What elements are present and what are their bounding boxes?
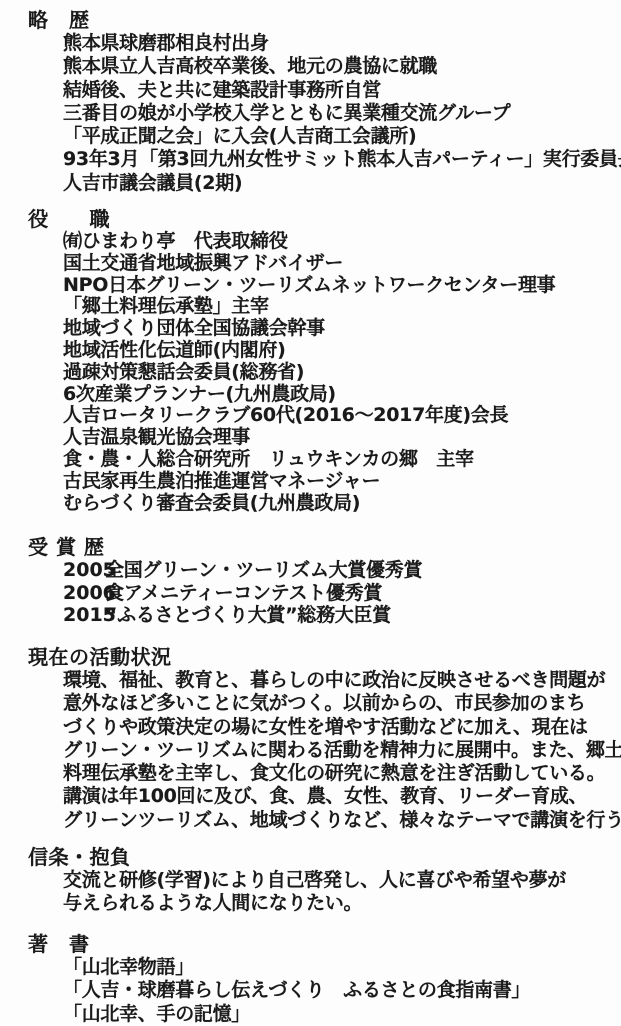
text-line: 意外なほど多いことに気がつく。以前からの、市民参加のまち — [63, 692, 621, 715]
section-current-activities: 現在の活動状況 環境、福祉、教育と、暮らしの中に政治に反映させるべき問題が 意外… — [0, 645, 621, 832]
text-line: グリーンツーリズム、地域づくりなど、様々なテーマで講演を行う。 — [63, 809, 621, 832]
books-body: 「山北幸物語」 「人吉・球磨暮らし伝えづくり ふるさとの食指南書」 「山北幸、手… — [63, 956, 621, 1026]
current-activities-body: 環境、福祉、教育と、暮らしの中に政治に反映させるべき問題が 意外なほど多いことに… — [63, 669, 621, 832]
award-year: 2006 — [63, 582, 105, 605]
text-line: 「山北幸、手の記憶」 — [63, 1003, 621, 1026]
award-title: 食アメニティーコンテスト優秀賞 — [105, 582, 382, 604]
text-line: 環境、福祉、教育と、暮らしの中に政治に反映させるべき問題が — [63, 669, 621, 692]
career-history-body: 熊本県球磨郡相良村出身 熊本県立人吉高校卒業後、地元の農協に就職 結婚後、夫と共… — [63, 32, 621, 195]
award-title: 全国グリーン・ツーリズム大賞優秀賞 — [105, 559, 422, 581]
text-line: 「郷土料理伝承塾」主宰 — [63, 296, 621, 318]
text-line: 交流と研修(学習)により自己啓発し、人に喜びや希望や夢が — [63, 869, 621, 892]
text-line: グリーン・ツーリズムに関わる活動を精神力に展開中。また、郷土 — [63, 739, 621, 762]
current-activities-heading: 現在の活動状況 — [28, 645, 621, 669]
text-line: 人吉温泉観光協会理事 — [63, 427, 621, 449]
award-title: “ふるさとづくり大賞”総務大臣賞 — [105, 604, 391, 626]
text-line: 講演は年100回に及び、食、農、女性、教育、リーダー育成、 — [63, 785, 621, 808]
text-line: 与えられるような人間になりたい。 — [63, 892, 621, 915]
award-year: 2005 — [63, 559, 105, 582]
text-line: 人吉ロータリークラブ60代(2016〜2017年度)会長 — [63, 405, 621, 427]
text-line: 「山北幸物語」 — [63, 956, 621, 979]
section-awards: 受 賞 歴 2005全国グリーン・ツーリズム大賞優秀賞 2006食アメニティーコ… — [0, 535, 621, 627]
positions-heading: 役 職 — [28, 207, 621, 231]
section-career-history: 略 歴 熊本県球磨郡相良村出身 熊本県立人吉高校卒業後、地元の農協に就職 結婚後… — [0, 8, 621, 195]
text-line: 「平成正聞之会」に入会(人吉商工会議所) — [63, 125, 621, 148]
text-line: むらづくり審査会委員(九州農政局) — [63, 493, 621, 515]
beliefs-heading: 信条・抱負 — [28, 845, 621, 869]
awards-heading: 受 賞 歴 — [28, 535, 621, 559]
text-line: 地域活性化伝道師(内閣府) — [63, 340, 621, 362]
beliefs-body: 交流と研修(学習)により自己啓発し、人に喜びや希望や夢が 与えられるような人間に… — [63, 869, 621, 916]
award-year: 2015 — [63, 604, 105, 627]
text-line: 過疎対策懇話会委員(総務省) — [63, 362, 621, 384]
section-books: 著 書 「山北幸物語」 「人吉・球磨暮らし伝えづくり ふるさとの食指南書」 「山… — [0, 932, 621, 1026]
text-line: 人吉市議会議員(2期) — [63, 172, 621, 195]
award-row: 2005全国グリーン・ツーリズム大賞優秀賞 — [63, 559, 621, 582]
text-line: 料理伝承塾を主宰し、食文化の研究に熱意を注ぎ活動している。 — [63, 762, 621, 785]
text-line: 結婚後、夫と共に建築設計事務所自営 — [63, 79, 621, 102]
award-row: 2006食アメニティーコンテスト優秀賞 — [63, 582, 621, 605]
books-heading: 著 書 — [28, 932, 621, 956]
text-line: 地域づくり団体全国協議会幹事 — [63, 318, 621, 340]
text-line: 国土交通省地域振興アドバイザー — [63, 253, 621, 275]
text-line: 93年3月「第3回九州女性サミット熊本人吉パーティー」実行委員長 — [63, 148, 621, 171]
text-line: 食・農・人総合研究所 リュウキンカの郷 主宰 — [63, 449, 621, 471]
document-page: 略 歴 熊本県球磨郡相良村出身 熊本県立人吉高校卒業後、地元の農協に就職 結婚後… — [0, 0, 621, 1026]
award-row: 2015“ふるさとづくり大賞”総務大臣賞 — [63, 604, 621, 627]
awards-body: 2005全国グリーン・ツーリズム大賞優秀賞 2006食アメニティーコンテスト優秀… — [63, 559, 621, 627]
text-line: 熊本県立人吉高校卒業後、地元の農協に就職 — [63, 55, 621, 78]
section-positions: 役 職 ㈲ひまわり亭 代表取締役 国土交通省地域振興アドバイザー NPO日本グリ… — [0, 207, 621, 514]
text-line: 「人吉・球磨暮らし伝えづくり ふるさとの食指南書」 — [63, 979, 621, 1002]
text-line: づくりや政策決定の場に女性を増やす活動などに加え、現在は — [63, 716, 621, 739]
text-line: 6次産業プランナー(九州農政局) — [63, 384, 621, 406]
text-line: 古民家再生農泊推進運営マネージャー — [63, 471, 621, 493]
text-line: ㈲ひまわり亭 代表取締役 — [63, 231, 621, 253]
text-line: 熊本県球磨郡相良村出身 — [63, 32, 621, 55]
positions-body: ㈲ひまわり亭 代表取締役 国土交通省地域振興アドバイザー NPO日本グリーン・ツ… — [63, 231, 621, 514]
section-beliefs: 信条・抱負 交流と研修(学習)により自己啓発し、人に喜びや希望や夢が 与えられる… — [0, 845, 621, 916]
text-line: 三番目の娘が小学校入学とともに異業種交流グループ — [63, 102, 621, 125]
text-line: NPO日本グリーン・ツーリズムネットワークセンター理事 — [63, 275, 621, 297]
career-history-heading: 略 歴 — [28, 8, 621, 32]
